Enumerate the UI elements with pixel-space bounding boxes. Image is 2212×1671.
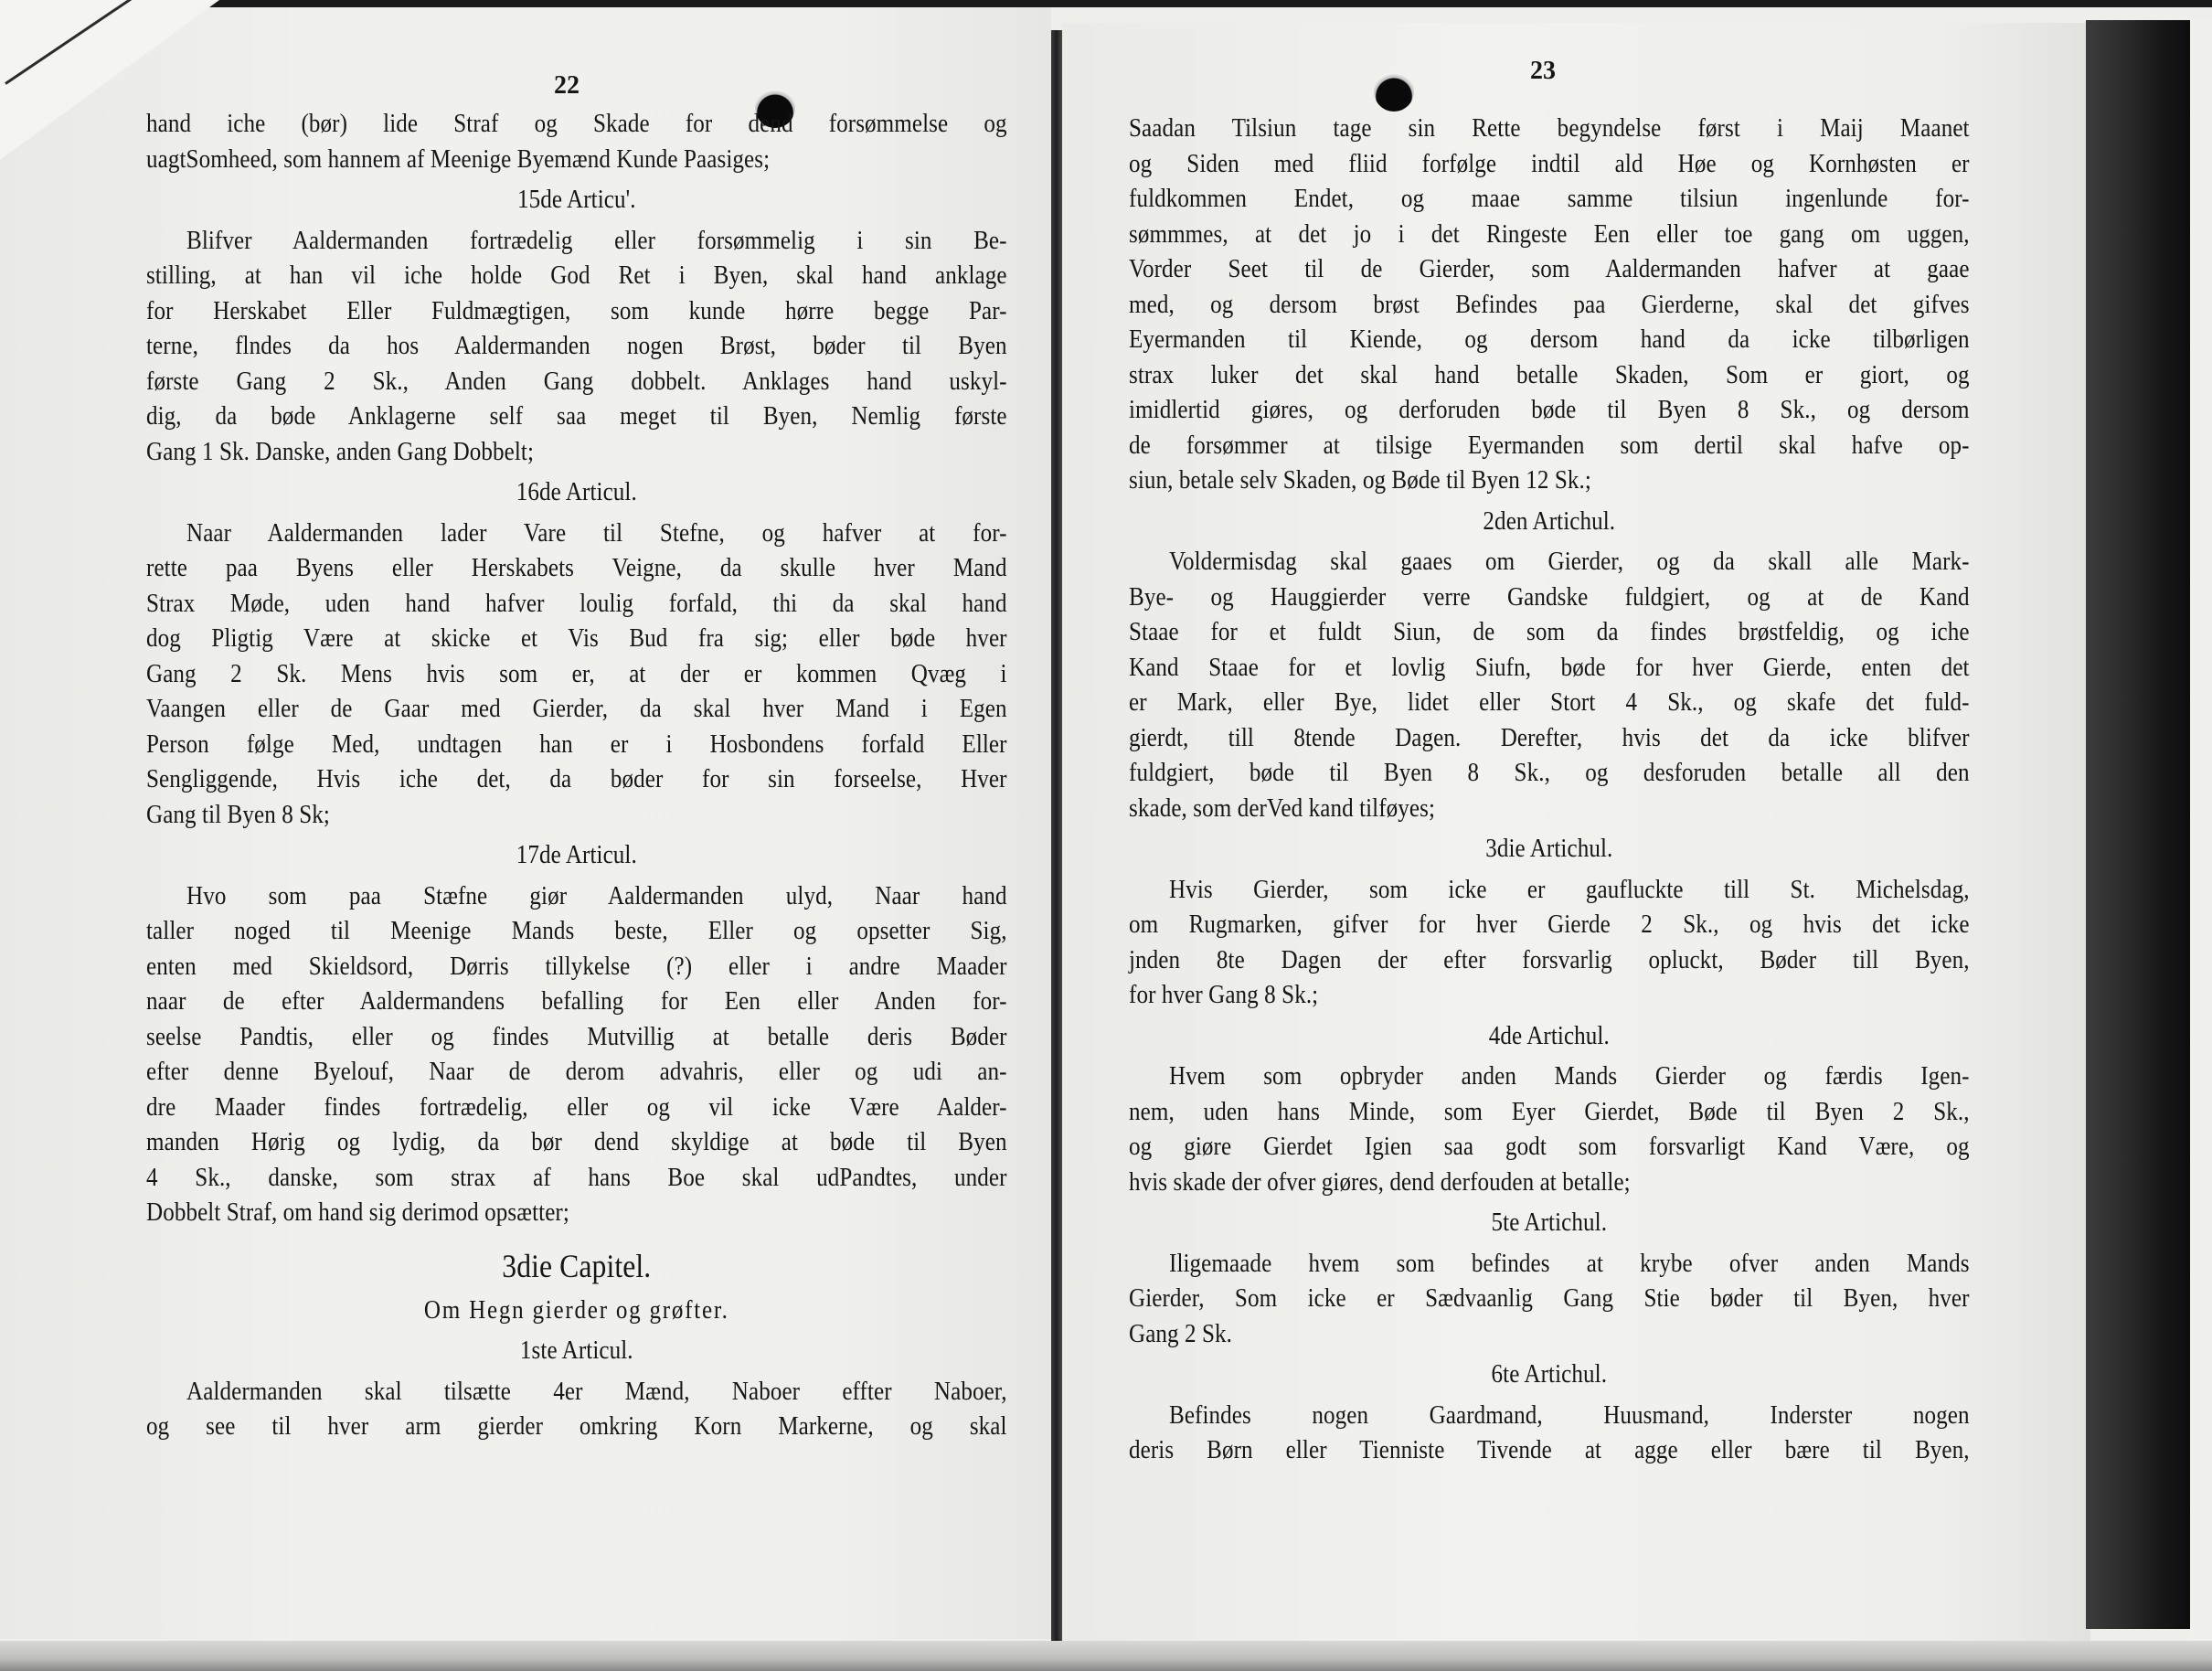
text-line: Hvo som paa Stæfne giør Aaldermanden uly… bbox=[146, 879, 1007, 915]
chapter-subtitle: Om Hegn gierder og grøfter. bbox=[146, 1293, 1007, 1329]
text-line: og giøre Gierdet Igien saa godt som fors… bbox=[1129, 1130, 1970, 1165]
text-line: Befindes nogen Gaardmand, Huusmand, Inde… bbox=[1129, 1399, 1970, 1434]
text-line: Sengliggende, Hvis iche det, da bøder fo… bbox=[146, 762, 1007, 798]
text-line: dog Pligtig Være at skicke et Vis Bud fr… bbox=[146, 622, 1007, 657]
paragraph: Iligemaade hvem som befindes at krybe of… bbox=[1129, 1247, 1970, 1353]
paragraph: Saadan Tilsiun tage sin Rette begyndelse… bbox=[1129, 112, 1970, 499]
text-line: Iligemaade hvem som befindes at krybe of… bbox=[1129, 1247, 1970, 1283]
text-line: Bye- og Hauggierder verre Gandske fuldgi… bbox=[1129, 580, 1970, 616]
text-line: og Siden med fliid forfølge indtil ald H… bbox=[1129, 147, 1970, 183]
paragraph: Befindes nogen Gaardmand, Huusmand, Inde… bbox=[1129, 1399, 1970, 1469]
text-line: Hvis Gierder, som icke er gaufluckte til… bbox=[1129, 873, 1970, 909]
text-line: Strax Møde, uden hand hafver loulig forf… bbox=[146, 587, 1007, 623]
text-line: deris Børn eller Tienniste Tivende at ag… bbox=[1129, 1433, 1970, 1469]
text-line: jnden 8te Dagen der efter forsvarlig opl… bbox=[1129, 943, 1970, 979]
text-line: fuldgiert, bøde til Byen 8 Sk., og desfo… bbox=[1129, 756, 1970, 792]
text-line: Naar Aaldermanden lader Vare til Stefne,… bbox=[146, 516, 1007, 552]
text-line: strax luker det skal hand betalle Skaden… bbox=[1129, 358, 1970, 394]
paragraph: hand iche (bør) lide Straf og Skade for … bbox=[146, 107, 1007, 177]
bottom-page-edge bbox=[0, 1641, 2212, 1671]
article-heading: 4de Artichul. bbox=[1129, 1019, 1970, 1055]
text-line: nem, uden hans Minde, som Eyer Gierdet, … bbox=[1129, 1095, 1970, 1131]
text-line: skade, som derVed kand tilføyes; bbox=[1129, 792, 1970, 827]
text-line: Voldermisdag skal gaaes om Gierder, og d… bbox=[1129, 545, 1970, 580]
text-line: efter denne Byelouf, Naar de derom advah… bbox=[146, 1055, 1007, 1091]
punch-hole-icon bbox=[1374, 71, 1414, 112]
article-heading: 3die Artichul. bbox=[1129, 832, 1970, 867]
text-line: første Gang 2 Sk., Anden Gang dobbelt. A… bbox=[146, 365, 1007, 400]
text-line: imidlertid giøres, og derforuden bøde ti… bbox=[1129, 393, 1970, 429]
text-line: Blifver Aaldermanden fortrædelig eller f… bbox=[146, 224, 1007, 260]
text-line: taller noged til Meenige Mands beste, El… bbox=[146, 914, 1007, 950]
article-heading: 2den Artichul. bbox=[1129, 505, 1970, 540]
text-line: Aaldermanden skal tilsætte 4er Mænd, Nab… bbox=[146, 1375, 1007, 1410]
text-line: 4 Sk., danske, som strax af hans Boe ska… bbox=[146, 1161, 1007, 1197]
right-margin bbox=[2190, 20, 2212, 1643]
text-line: sømmmes, at det jo i det Ringeste Een el… bbox=[1129, 218, 1970, 253]
text-line: siun, betale selv Skaden, og Bøde til By… bbox=[1129, 463, 1970, 499]
text-line: dre Maader findes fortrædelig, eller og … bbox=[146, 1091, 1007, 1126]
text-line: seelse Pandtis, eller og findes Mutvilli… bbox=[146, 1020, 1007, 1056]
paragraph: Hvo som paa Stæfne giør Aaldermanden uly… bbox=[146, 879, 1007, 1231]
text-line: fuldkommen Endet, og maae samme tilsiun … bbox=[1129, 182, 1970, 218]
text-line: Eyermanden til Kiende, og dersom hand da… bbox=[1129, 323, 1970, 358]
text-line: hand iche (bør) lide Straf og Skade for … bbox=[146, 107, 1007, 143]
text-line: om Rugmarken, gifver for hver Gierde 2 S… bbox=[1129, 908, 1970, 943]
text-line: uagtSomheed, som hannem af Meenige Byemæ… bbox=[146, 143, 1007, 178]
paragraph: Hvis Gierder, som icke er gaufluckte til… bbox=[1129, 873, 1970, 1014]
paragraph: Naar Aaldermanden lader Vare til Stefne,… bbox=[146, 516, 1007, 834]
text-line: Gang 2 Sk. Mens hvis som er, at der er k… bbox=[146, 657, 1007, 693]
left-page-text: hand iche (bør) lide Straf og Skade for … bbox=[146, 107, 1007, 1445]
article-heading: 1ste Articul. bbox=[146, 1334, 1007, 1369]
book-spine bbox=[1051, 30, 1062, 1641]
text-line: manden Hørig og lydig, da bør dend skyld… bbox=[146, 1125, 1007, 1161]
article-heading: 16de Articul. bbox=[146, 475, 1007, 511]
text-line: Saadan Tilsiun tage sin Rette begyndelse… bbox=[1129, 112, 1970, 147]
text-line: Staae for et fuldt Siun, de som da finde… bbox=[1129, 615, 1970, 651]
article-heading: 17de Articul. bbox=[146, 838, 1007, 874]
text-line: dig, da bøde Anklagerne self saa meget t… bbox=[146, 399, 1007, 435]
paragraph: Aaldermanden skal tilsætte 4er Mænd, Nab… bbox=[146, 1375, 1007, 1445]
text-line: enten med Skieldsord, Dørris tillykelse … bbox=[146, 950, 1007, 985]
text-line: Gang 2 Sk. bbox=[1129, 1317, 1970, 1353]
text-line: Gierder, Som icke er Sædvaanlig Gang Sti… bbox=[1129, 1282, 1970, 1317]
text-line: for hver Gang 8 Sk.; bbox=[1129, 978, 1970, 1014]
paragraph: Voldermisdag skal gaaes om Gierder, og d… bbox=[1129, 545, 1970, 826]
text-line: hvis skade der ofver giøres, dend derfou… bbox=[1129, 1165, 1970, 1201]
text-line: for Herskabet Eller Fuldmægtigen, som ku… bbox=[146, 294, 1007, 330]
text-line: Person følge Med, undtagen han er i Hosb… bbox=[146, 728, 1007, 763]
text-line: med, og dersom brøst Befindes paa Gierde… bbox=[1129, 288, 1970, 324]
text-line: terne, flndes da hos Aaldermanden nogen … bbox=[146, 329, 1007, 365]
right-page-edge-shadow bbox=[2086, 20, 2190, 1629]
text-line: Hvem som opbryder anden Mands Gierder og… bbox=[1129, 1059, 1970, 1095]
article-heading: 15de Articu'. bbox=[146, 183, 1007, 218]
text-line: Gang til Byen 8 Sk; bbox=[146, 798, 1007, 834]
right-page-text: Saadan Tilsiun tage sin Rette begyndelse… bbox=[1129, 112, 1970, 1469]
text-line: Gang 1 Sk. Danske, anden Gang Dobbelt; bbox=[146, 435, 1007, 471]
chapter-title: 3die Capitel. bbox=[146, 1244, 1007, 1288]
text-line: er Mark, eller Bye, lidet eller Stort 4 … bbox=[1129, 686, 1970, 721]
text-line: stilling, at han vil iche holde God Ret … bbox=[146, 259, 1007, 294]
text-line: Vorder Seet til de Gierder, som Aalderma… bbox=[1129, 252, 1970, 288]
text-line: rette paa Byens eller Herskabets Veigne,… bbox=[146, 551, 1007, 587]
paragraph: Hvem som opbryder anden Mands Gierder og… bbox=[1129, 1059, 1970, 1200]
text-line: de forsømmer at tilsige Eyermanden som d… bbox=[1129, 429, 1970, 464]
text-line: Dobbelt Straf, om hand sig derimod opsæt… bbox=[146, 1196, 1007, 1231]
page-number-left: 22 bbox=[554, 71, 580, 101]
text-line: og see til hver arm gierder omkring Korn… bbox=[146, 1410, 1007, 1445]
text-line: Vaangen eller de Gaar med Gierder, da sk… bbox=[146, 692, 1007, 728]
text-line: gierdt, till 8tende Dagen. Derefter, hvi… bbox=[1129, 721, 1970, 757]
article-heading: 6te Artichul. bbox=[1129, 1357, 1970, 1393]
paragraph: Blifver Aaldermanden fortrædelig eller f… bbox=[146, 224, 1007, 471]
page-number-right: 23 bbox=[1530, 57, 1556, 86]
text-line: Kand Staae for et lovlig Siufn, bøde for… bbox=[1129, 651, 1970, 686]
article-heading: 5te Artichul. bbox=[1129, 1206, 1970, 1241]
text-line: naar de efter Aaldermandens befalling fo… bbox=[146, 985, 1007, 1020]
